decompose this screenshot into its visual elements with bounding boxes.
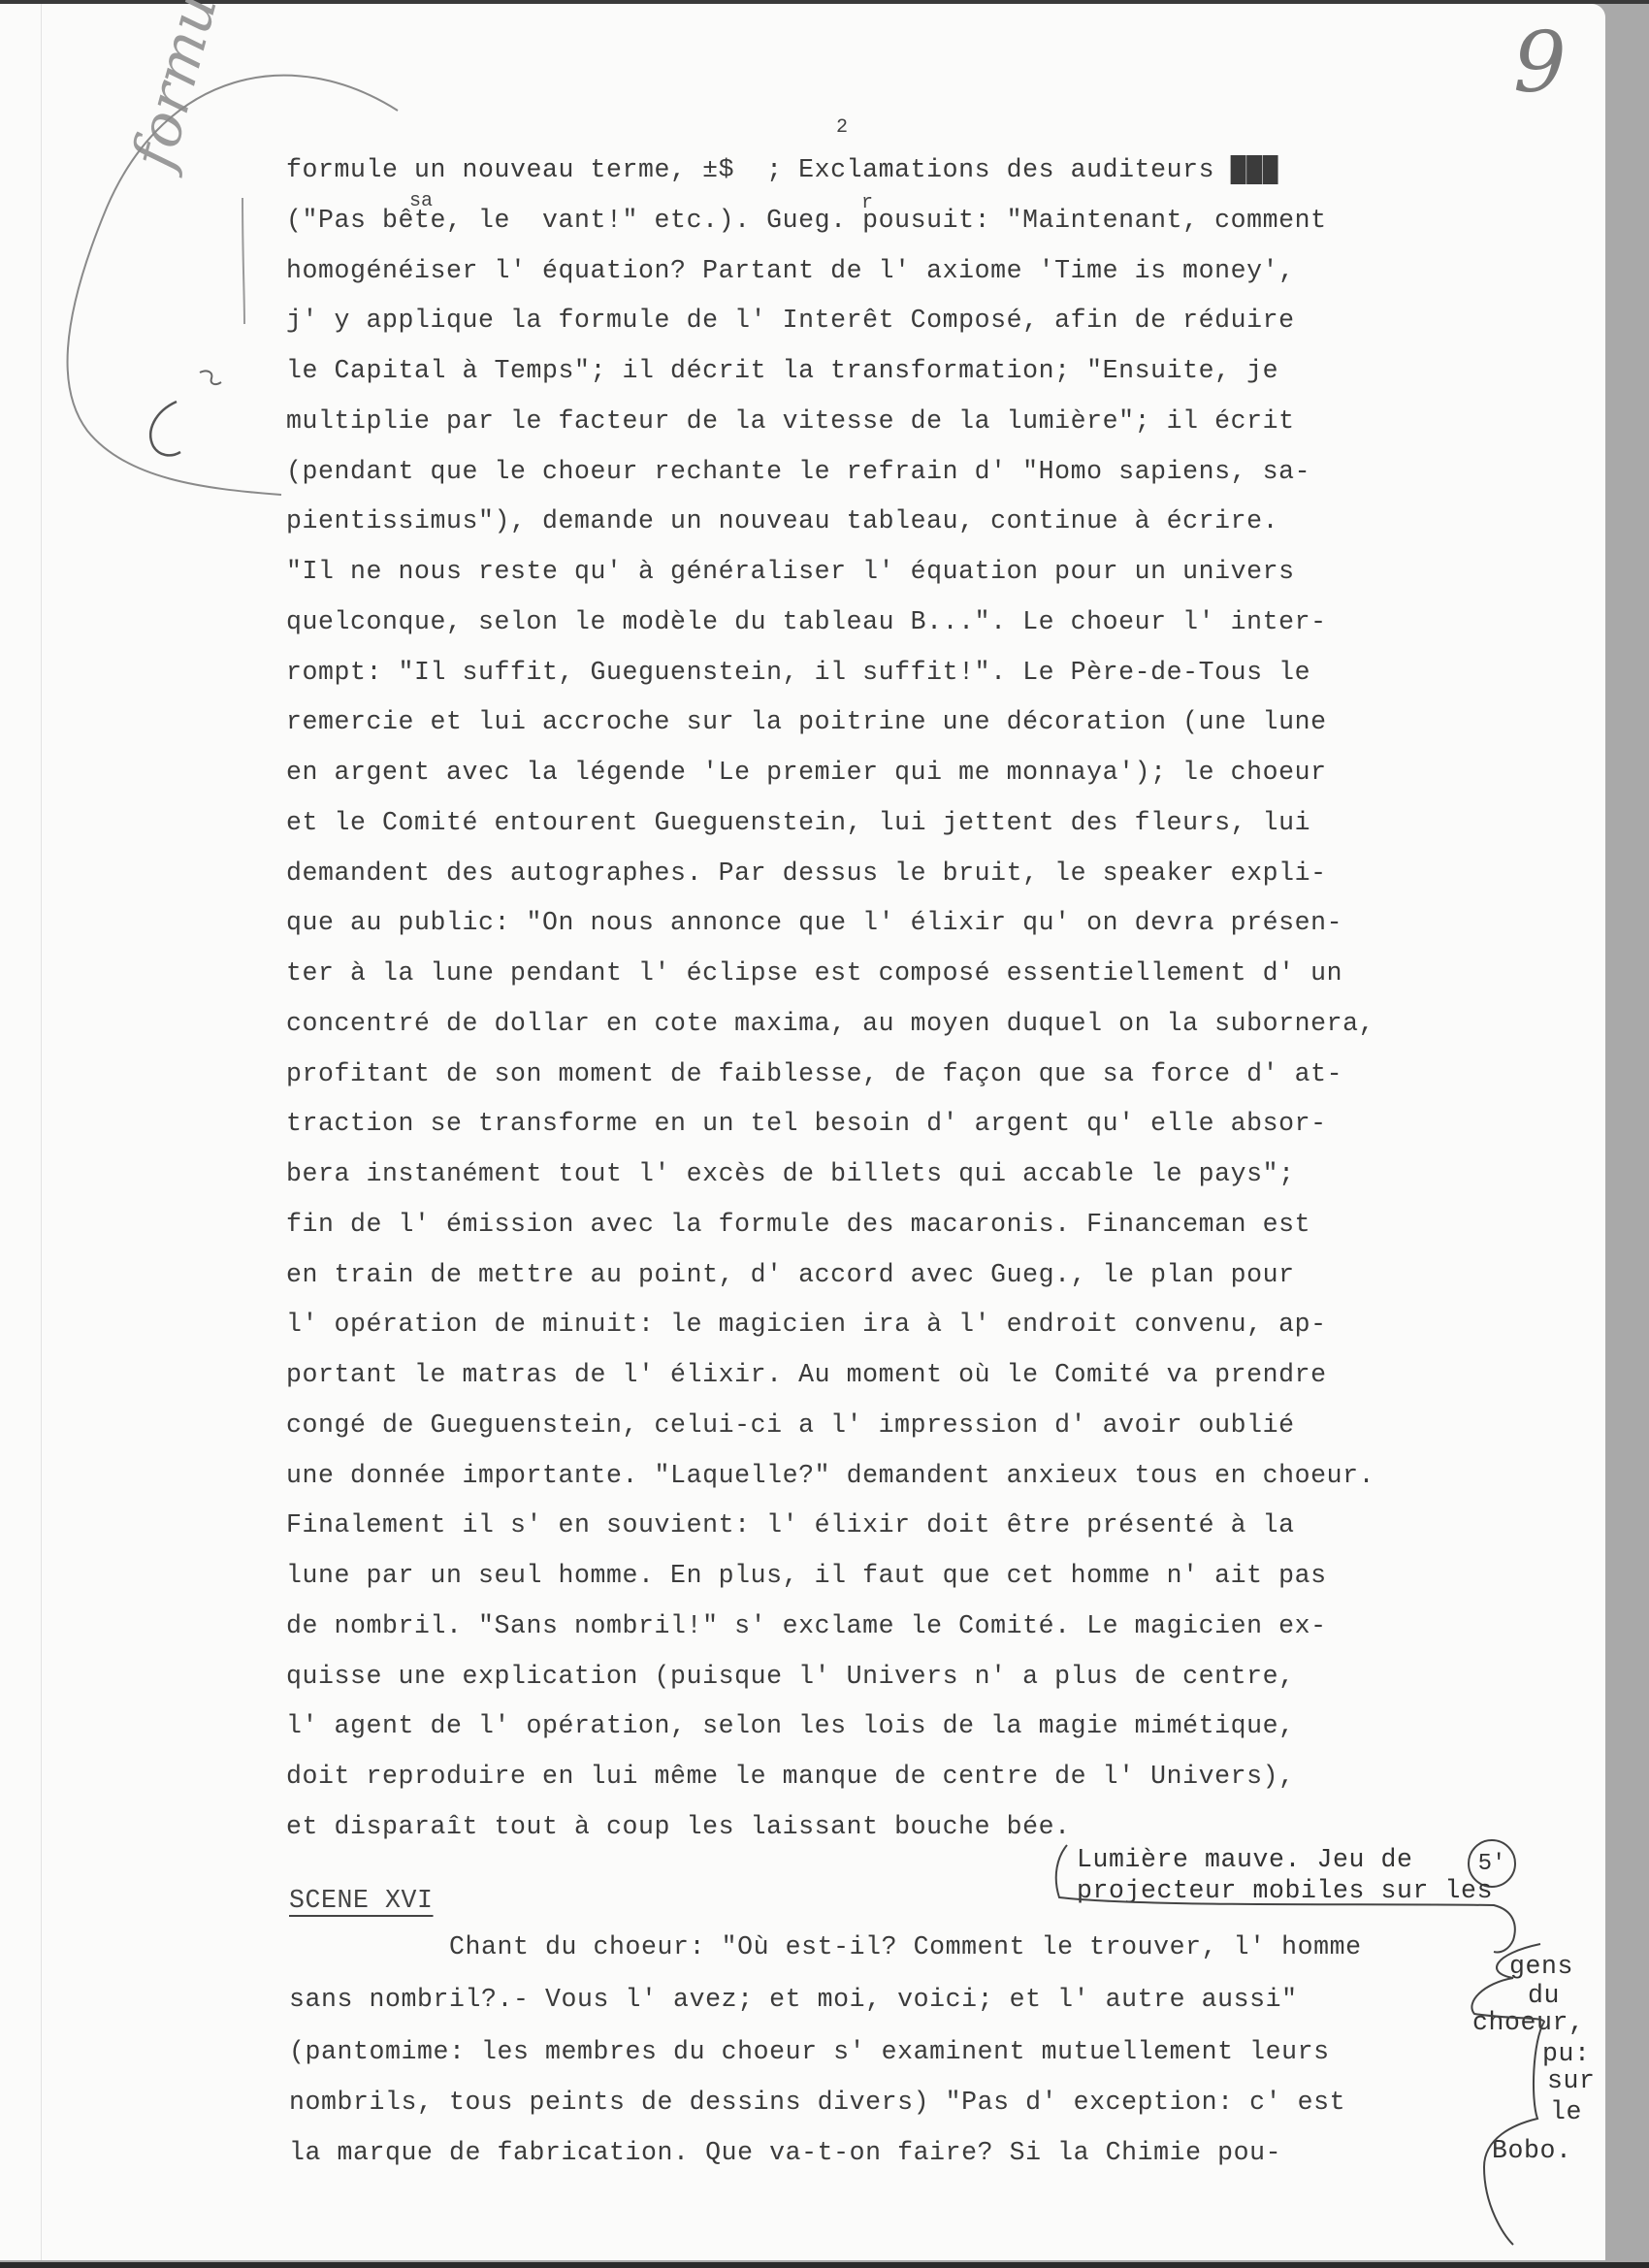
margin-note-handwritten: formule [124,0,240,175]
side-cue-word: le [1550,2099,1582,2125]
text-line: ter à la lune pendant l' éclipse est com… [286,960,1342,987]
text-line: j' y applique la formule de l' Interêt C… [286,308,1295,334]
text-line: de nombril. "Sans nombril!" s' exclame l… [286,1613,1327,1639]
side-cue-word: sur [1547,2068,1596,2094]
text-line: ("Pas bête, le vant!" etc.). Gueg. pousu… [286,208,1327,234]
scene-text-line: Chant du choeur: "Où est-il? Comment le … [289,1934,1362,1960]
side-cue-word: choeur, [1472,2010,1585,2036]
text-line: multiplie par le facteur de la vitesse d… [286,408,1295,435]
text-line: portant le matras de l' élixir. Au momen… [286,1362,1327,1388]
text-line: bera instanément tout l' excès de billet… [286,1161,1295,1187]
text-line: et le Comité entourent Gueguenstein, lui… [286,810,1310,836]
page-number: 9 [1513,21,1567,105]
text-line: fin de l' émission avec la formule des m… [286,1212,1310,1238]
text-line: l' agent de l' opération, selon les lois… [286,1713,1295,1739]
side-cue-word: Bobo. [1492,2138,1572,2164]
scan-bottom-edge [0,2262,1649,2268]
insert-r: r [861,194,873,213]
stage-cue-line: Lumière mauve. Jeu de [1077,1847,1413,1873]
text-line: homogénéiser l' équation? Partant de l' … [286,258,1295,284]
text-line: demandent des autographes. Par dessus le… [286,860,1327,887]
text-line: quisse une explication (puisque l' Unive… [286,1664,1295,1690]
side-cue-word: du [1528,1983,1560,2009]
scene-text-line: (pantomime: les membres du choeur s' exa… [289,2039,1330,2065]
text-line: en train de mettre au point, d' accord a… [286,1262,1295,1288]
text-line: en argent avec la légende 'Le premier qu… [286,760,1327,786]
text-line: l' opération de minuit: le magicien ira … [286,1312,1327,1338]
side-cue-word: pu: [1542,2041,1591,2067]
scene-text-line: la marque de fabrication. Que va-t-on fa… [289,2140,1281,2166]
text-line: rompt: "Il suffit, Gueguenstein, il suff… [286,660,1310,686]
text-line: traction se transforme en un tel besoin … [286,1111,1327,1137]
text-line: que au public: "On nous annonce que l' é… [286,910,1342,936]
text-line: lune par un seul homme. En plus, il faut… [286,1563,1327,1589]
text-line: doit reproduire en lui même le manque de… [286,1764,1295,1790]
side-cue-word: gens [1509,1954,1573,1980]
stage-cue-line: projecteur mobiles sur les [1077,1878,1493,1904]
text-line: remercie et lui accroche sur la poitrine… [286,709,1327,735]
superscript-insert: 2 [836,118,848,138]
text-line: le Capital à Temps"; il décrit la transf… [286,358,1278,384]
scene-heading: SCENE XVI [289,1888,434,1914]
text-line: formule un nouveau terme, ±$ ; Exclamati… [286,157,1278,183]
text-line: quelconque, selon le modèle du tableau B… [286,609,1327,635]
text-line: concentré de dollar en cote maxima, au m… [286,1011,1374,1037]
text-line: pientissimus"), demande un nouveau table… [286,508,1278,535]
scene-text-line: sans nombril?.- Vous l' avez; et moi, vo… [289,1987,1298,2013]
page-margin-rule [41,4,42,2260]
text-line: et disparaît tout à coup les laissant bo… [286,1814,1071,1840]
text-line: "Il ne nous reste qu' à généraliser l' é… [286,559,1295,585]
text-line: une donnée importante. "Laquelle?" deman… [286,1463,1374,1489]
text-line: Finalement il s' en souvient: l' élixir … [286,1512,1295,1539]
text-line: congé de Gueguenstein, celui-ci a l' imp… [286,1412,1295,1439]
text-line: profitant de son moment de faiblesse, de… [286,1061,1342,1087]
text-line: (pendant que le choeur rechante le refra… [286,459,1310,485]
scene-text-line: nombrils, tous peints de dessins divers)… [289,2090,1345,2116]
typewritten-page: 9 formule formule un nouveau terme, ±$ ;… [0,4,1605,2260]
insert-sa: sa [409,192,433,211]
